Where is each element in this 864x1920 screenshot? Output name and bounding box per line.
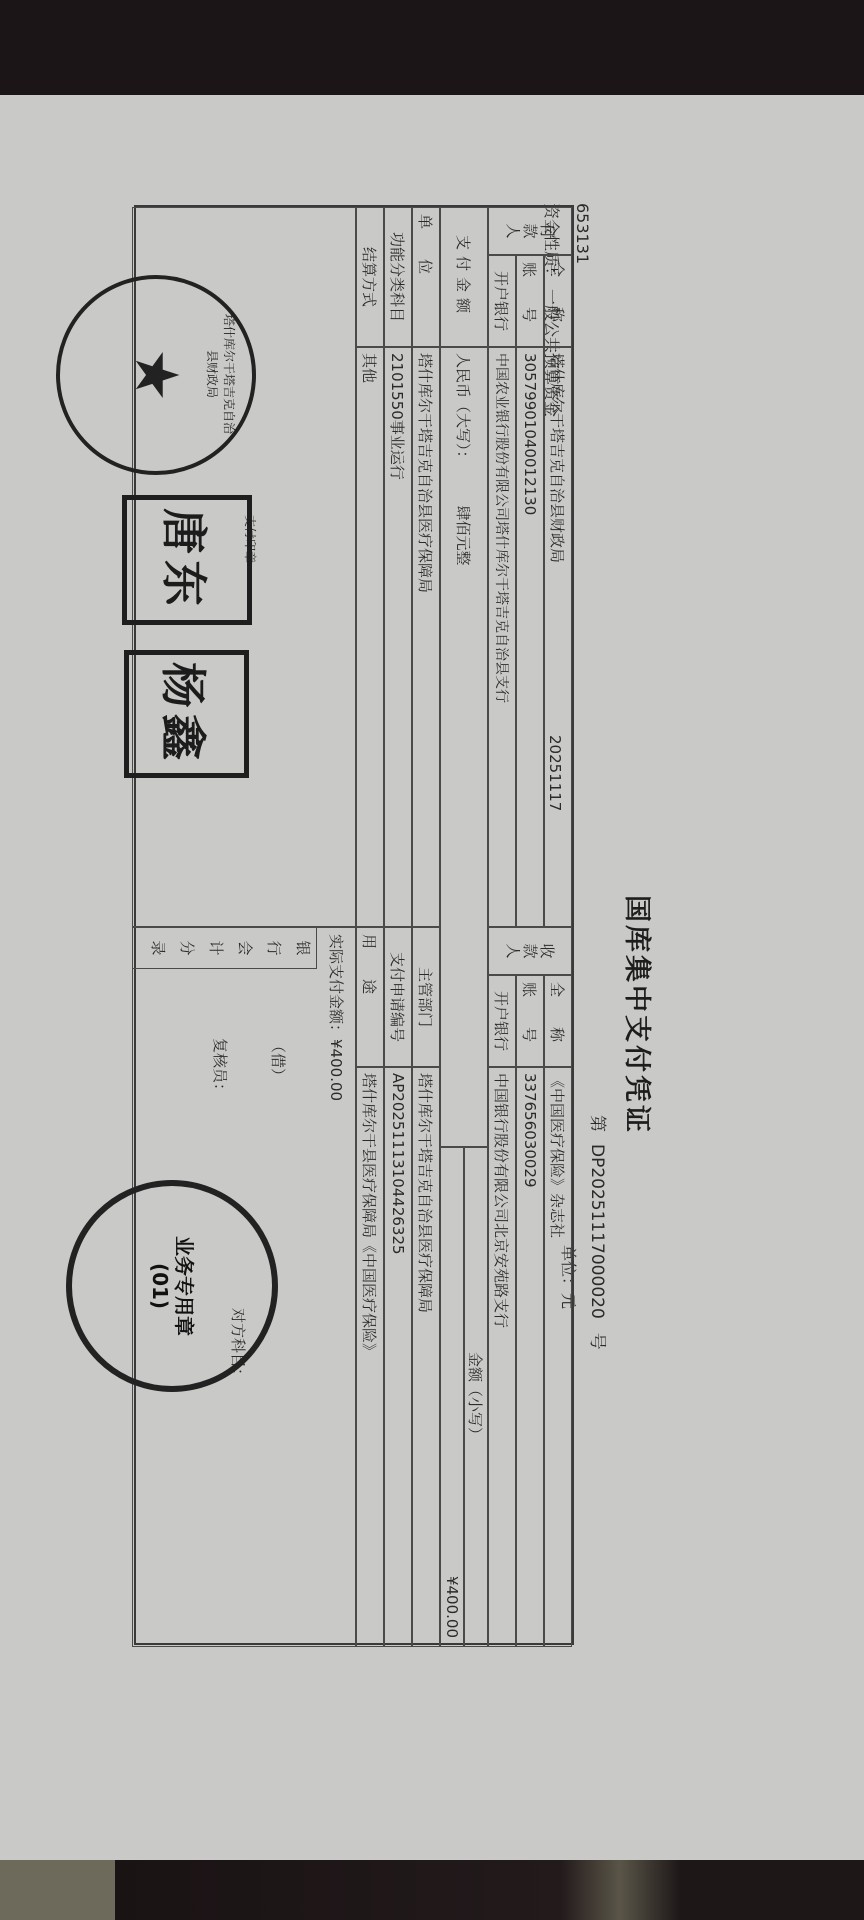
finance-bureau-seal: ★ 塔什库尔干塔吉克自治县财政局 bbox=[56, 275, 256, 475]
payee-account: 337656030029 bbox=[516, 1067, 544, 1647]
payer-bank-label: 开户银行 bbox=[488, 255, 516, 347]
settlement-value: 其他 bbox=[356, 347, 384, 927]
payer-group-label: 付款人 bbox=[488, 207, 572, 255]
personal-seal-2: 杨鑫 bbox=[124, 650, 249, 778]
bank-entry-label: 银行会计分录 bbox=[132, 928, 317, 969]
payee-bank-label: 开户银行 bbox=[488, 975, 516, 1067]
purpose-label: 用 途 bbox=[356, 927, 384, 1067]
apply-no-label: 支付申请编号 bbox=[384, 927, 412, 1067]
apply-no-value: AP20251113104426325 bbox=[384, 1067, 412, 1647]
amount-small-label: 金额（小写） bbox=[464, 1147, 488, 1647]
background-desk bbox=[0, 1860, 864, 1920]
payer-account: 30579901040012130 bbox=[516, 347, 544, 927]
settlement-label: 结算方式 bbox=[356, 207, 384, 347]
reviewer-label: 复核员： bbox=[210, 1038, 231, 1098]
bank-business-seal: 业务专用章 (01) bbox=[66, 1180, 278, 1392]
payer-bank: 中国农业银行股份有限公司塔什库尔干塔吉克自治县支行 bbox=[488, 347, 516, 927]
payment-voucher: 国库集中支付凭证 第DP20251117000020号 单位：元 653131 … bbox=[0, 95, 864, 1855]
region-code: 653131 bbox=[573, 203, 592, 264]
payee-name: 《中国医疗保险》杂志社 bbox=[544, 1067, 572, 1647]
payee-group-label: 收款人 bbox=[488, 927, 572, 975]
category-value: 2101550事业运行 bbox=[384, 347, 412, 927]
purpose-value: 塔什库尔干县医疗保障局《中国医疗保险》 bbox=[356, 1067, 384, 1647]
amount-capital: 肆佰元整 bbox=[454, 506, 475, 566]
dept-label: 主管部门 bbox=[412, 927, 440, 1067]
dept-value: 塔什库尔干塔吉克自治县医疗保障局 bbox=[412, 1067, 440, 1647]
star-icon: ★ bbox=[121, 348, 191, 402]
amount-small: ¥400.00 bbox=[440, 1147, 464, 1647]
document-title: 国库集中支付凭证 bbox=[620, 795, 659, 1235]
payee-bank: 中国银行股份有限公司北京安苑路支行 bbox=[488, 1067, 516, 1647]
unit-value: 塔什库尔干塔吉克自治县医疗保障局 bbox=[412, 347, 440, 927]
payee-account-label: 账 号 bbox=[516, 975, 544, 1067]
unit-label: 单 位 bbox=[412, 207, 440, 347]
category-label: 功能分类科目 bbox=[384, 207, 412, 347]
debit-label: （借） bbox=[268, 1038, 289, 1083]
payee-name-label: 全 称 bbox=[544, 975, 572, 1067]
actual-amount: 实际支付金额：¥400.00 bbox=[326, 934, 347, 1101]
amount-capital-label: 人民币（大写）： bbox=[454, 353, 475, 466]
amount-label: 支付金额 bbox=[440, 207, 488, 347]
amount-capital-cell: 人民币（大写）： 肆佰元整 bbox=[440, 347, 488, 1147]
payer-account-label: 账 号 bbox=[516, 255, 544, 347]
payer-name-label: 全 称 bbox=[544, 255, 572, 347]
document-number: 第DP20251117000020号 bbox=[587, 1115, 612, 1350]
personal-seal-1: 唐东 bbox=[122, 495, 252, 625]
payer-name: 塔什库尔干塔吉克自治县财政局 bbox=[544, 347, 572, 927]
